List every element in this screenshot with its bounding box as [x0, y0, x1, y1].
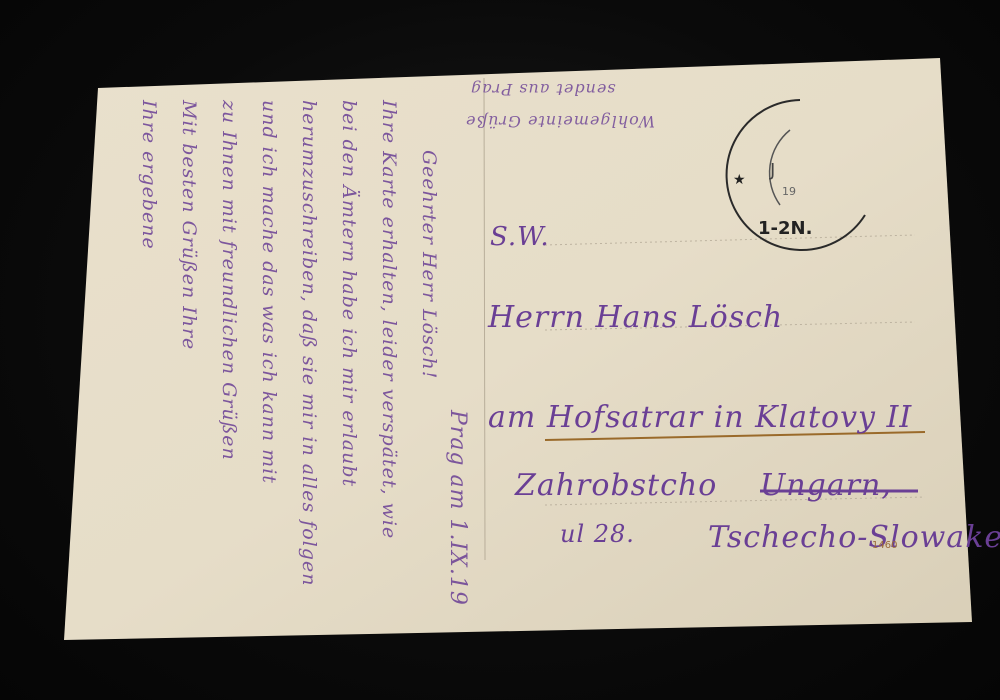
postmark-month: J	[770, 160, 775, 181]
postmark-star-icon: ★	[733, 172, 746, 188]
address-line3-struck: Ungarn,	[760, 468, 892, 503]
message-line-1: Geehrter Herr Lösch!	[418, 150, 440, 379]
upside-down-note-line2: sendet aus Prag	[470, 80, 616, 99]
message-line-4: herumzuschreiben, daß sie mir in alles f…	[298, 100, 320, 586]
postcard: ★ J 19 1-2N. sendet aus Prag Wohlgemeint…	[0, 0, 1000, 700]
message-line-2: Ihre Karte erhalten, leider verspätet, w…	[378, 100, 400, 539]
message-date: Prag am 1.IX.19	[445, 410, 470, 606]
printer-code: 1460	[872, 540, 897, 551]
postmark-time: 1-2N.	[758, 218, 812, 239]
message-line-3: bei den Ämtern habe ich mir erlaubt	[338, 100, 360, 487]
address-line4: ul 28.	[560, 520, 635, 548]
message-line-6: zu Ihnen mit freundlichen Grüßen	[218, 100, 240, 461]
postmark-year: 19	[782, 185, 796, 198]
upside-down-note-line1: Wohlgemeinte Grüße	[465, 112, 655, 131]
address-line5: Tschecho-Slowakei	[708, 520, 1000, 555]
address-line2: am Hofsatrar in Klatovy II	[488, 400, 912, 435]
message-line-7: Mit besten Grüßen Ihre	[178, 100, 200, 350]
address-line1: Herrn Hans Lösch	[488, 300, 783, 335]
message-line-5: und ich mache das was ich kann mit	[258, 100, 280, 484]
address-salutation: S.W.	[490, 222, 550, 252]
message-line-8: Ihre ergebene	[138, 100, 160, 250]
address-line3: Zahrobstcho	[515, 468, 717, 503]
